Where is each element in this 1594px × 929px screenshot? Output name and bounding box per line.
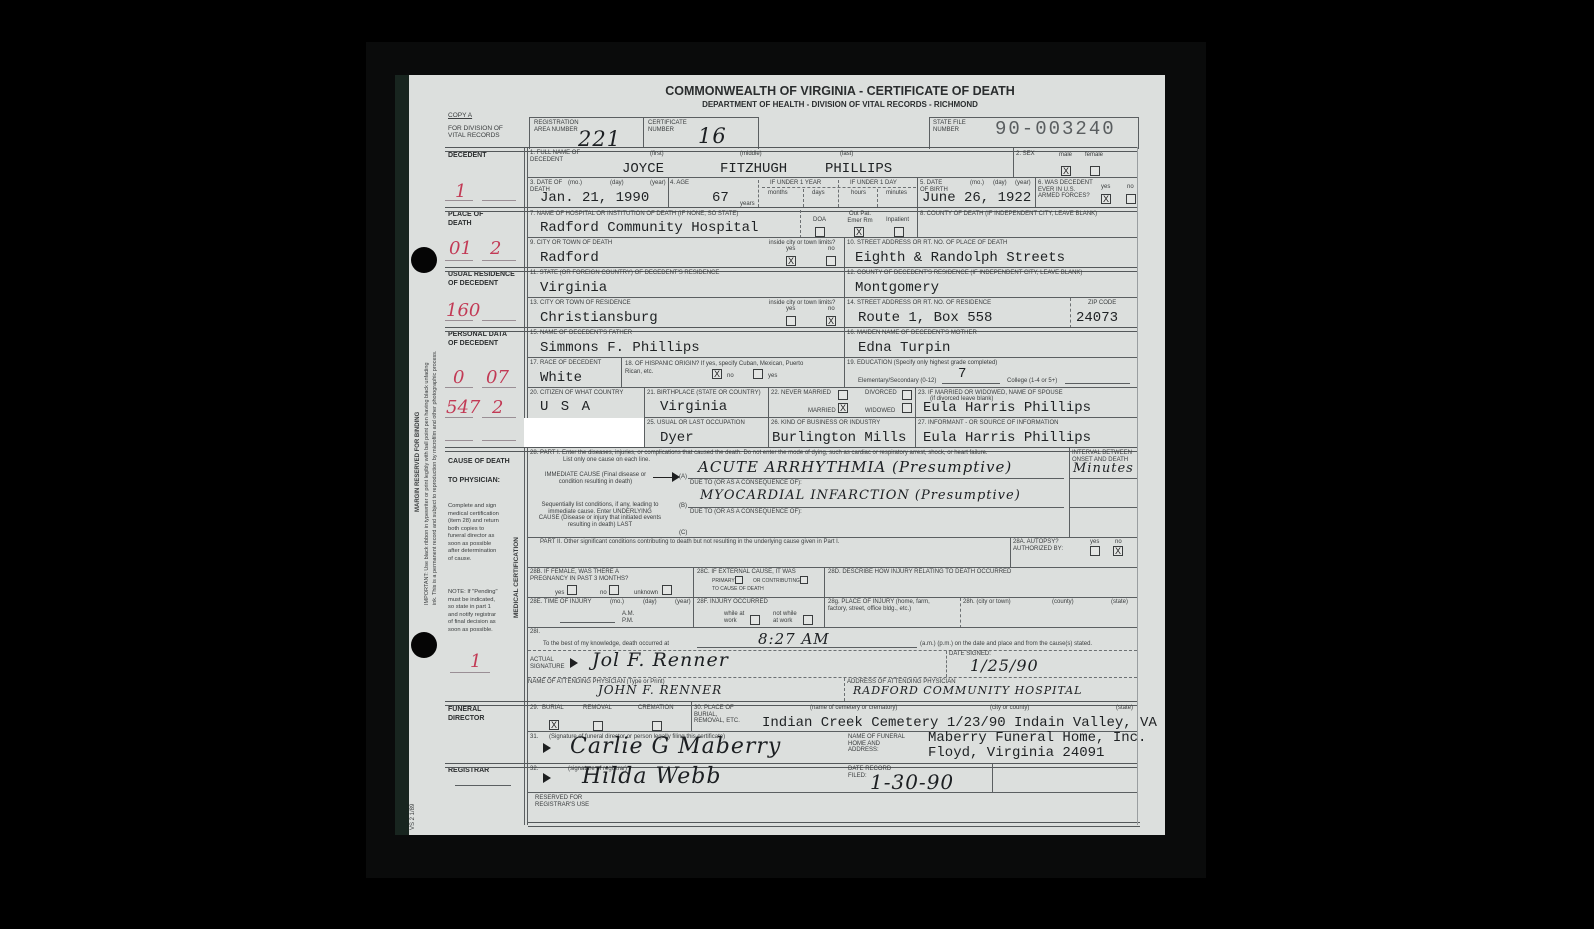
code-line	[445, 440, 473, 441]
cause-b-marker: (B)	[679, 503, 687, 510]
armed-yes-label: yes	[1101, 184, 1110, 191]
for-division-label: FOR DIVISION OF VITAL RECORDS	[448, 126, 518, 139]
hispanic-no-label: no	[727, 373, 734, 380]
pregnancy-no-checkbox[interactable]	[609, 585, 619, 595]
code-line	[482, 260, 516, 261]
res-inside-limits-yes-checkbox[interactable]	[786, 316, 796, 326]
part1-instructions: 28. PART I. Enter the diseases, injuries…	[530, 450, 1050, 457]
underline	[1065, 383, 1130, 384]
divider	[803, 189, 804, 207]
minutes-label: minutes	[886, 190, 907, 197]
doa-label: DOA	[813, 217, 826, 224]
divider	[1035, 178, 1036, 208]
code-personal-1b: 07	[486, 367, 509, 388]
am-label: A.M.	[622, 611, 634, 618]
married-label: MARRIED	[808, 408, 836, 415]
armed-no-label: no	[1127, 184, 1134, 191]
armed-forces-no-checkbox[interactable]	[1126, 194, 1136, 204]
street-residence-label: 14. STREET ADDRESS OR RT. NO. OF RESIDEN…	[847, 300, 991, 307]
divider	[877, 189, 878, 207]
rule	[528, 567, 1137, 568]
autopsy-no-label: no	[1115, 539, 1122, 546]
dashed-rule	[762, 187, 916, 188]
removal-checkbox[interactable]	[593, 721, 603, 731]
divider	[668, 178, 669, 208]
rule	[644, 417, 1137, 418]
divider	[758, 180, 759, 207]
city-of-death-label: 9. CITY OR TOWN OF DEATH	[530, 240, 612, 247]
street-of-death: Eighth & Randolph Streets	[855, 250, 1065, 266]
section-decedent: DECEDENT	[448, 151, 487, 160]
copy-label: COPY A	[448, 113, 472, 120]
elementary-label: Elementary/Secondary (0-12)	[858, 378, 936, 385]
middle-label: (middle)	[740, 151, 762, 158]
code-personal-2a: 547	[446, 397, 480, 418]
code-decedent: 1	[455, 181, 466, 202]
hospital-name: Radford Community Hospital	[540, 220, 758, 236]
part2-label: PART II. Other significant conditions co…	[540, 539, 840, 546]
physician-instructions: Complete and sign medical certification …	[448, 503, 500, 563]
dob-day-label: (day)	[993, 180, 1007, 187]
divider	[768, 388, 769, 448]
hours-label: hours	[851, 190, 866, 197]
punch-hole-top	[411, 247, 437, 273]
armed-forces-label: 6. WAS DECEDENT EVER IN U.S. ARMED FORCE…	[1038, 180, 1096, 200]
date-of-birth: June 26, 1922	[922, 190, 1031, 206]
redacted-area	[524, 418, 644, 448]
education-grade: 7	[958, 366, 966, 382]
sex-male-checkbox[interactable]: X	[1061, 166, 1071, 176]
divider	[1070, 298, 1071, 328]
divider	[844, 238, 845, 268]
autopsy-yes-label: yes	[1090, 539, 1099, 546]
to-physician-label: TO PHYSICIAN:	[448, 476, 508, 485]
time-line	[560, 622, 615, 623]
inside-limits-no-checkbox[interactable]	[826, 256, 836, 266]
immediate-cause-label: IMMEDIATE CAUSE (Final disease or condit…	[538, 472, 653, 485]
state-residence-label: 11. STATE (OR FOREIGN COUNTRY) OF DECEDE…	[530, 270, 719, 277]
age-value: 67	[712, 190, 729, 206]
inside-limits-label: inside city or town limits?	[769, 240, 835, 247]
divider	[844, 298, 845, 328]
code-line	[445, 320, 473, 321]
zip-code: 24073	[1076, 310, 1118, 326]
hispanic-no-checkbox[interactable]: X	[712, 369, 722, 379]
cremation-label: CREMATION	[638, 705, 674, 712]
certificate-subtitle: DEPARTMENT OF HEALTH - DIVISION OF VITAL…	[640, 100, 1040, 109]
sequential-label: Sequentially list conditions, if any, le…	[538, 502, 662, 528]
certificate-title: COMMONWEALTH OF VIRGINIA - CERTIFICATE O…	[640, 84, 1040, 98]
divider	[992, 764, 993, 792]
state-file-label: STATE FILE NUMBER	[933, 120, 983, 133]
pregnancy-label: 28b. IF FEMALE, WAS THERE A PREGNANCY IN…	[530, 569, 650, 582]
injury-day-label: (day)	[643, 599, 657, 606]
street-of-death-label: 10. STREET ADDRESS OR RT. NO. OF PLACE O…	[847, 240, 1007, 247]
middle-name: FITZHUGH	[720, 161, 787, 177]
primary-checkbox[interactable]	[735, 576, 743, 584]
outpatient-checkbox[interactable]: X	[854, 227, 864, 237]
first-label: (first)	[650, 151, 664, 158]
section-cause-of-death: CAUSE OF DEATH	[448, 457, 510, 466]
pm-label: P.M.	[622, 618, 634, 625]
code-line	[445, 387, 473, 388]
cause-a: ACUTE ARRHYTHMIA (Presumptive)	[698, 458, 1012, 476]
res-inside-limits-no-checkbox[interactable]: X	[826, 316, 836, 326]
injury-description-label: 28d. DESCRIBE HOW INJURY RELATING TO DEA…	[828, 569, 1011, 576]
funeral-director-signature[interactable]: Carlie G Maberry	[570, 734, 781, 759]
zip-label: ZIP CODE	[1088, 300, 1116, 307]
signature-arrow-icon	[543, 773, 551, 783]
widowed-label: WIDOWED	[865, 408, 895, 415]
yes-label: yes	[786, 306, 795, 313]
margin-instruction-1: IMPORTANT: Use black ribbon in typewrite…	[424, 362, 430, 605]
physician-signature[interactable]: Jol F. Renner	[592, 649, 729, 671]
divider	[946, 651, 947, 677]
pregnancy-yes-label: yes	[555, 590, 564, 597]
death-time-statement: To the best of my knowledge, death occur…	[543, 641, 669, 648]
dob-year-label: (year)	[1015, 180, 1031, 187]
part1-sublabel: List only one cause on each line.	[563, 457, 650, 464]
first-name: JOYCE	[622, 161, 664, 177]
removal-label: REMOVAL	[583, 705, 612, 712]
bottom-rule	[528, 822, 1140, 827]
industry-label: 26. KIND OF BUSINESS OR INDUSTRY	[771, 420, 880, 427]
sex-label: 2. SEX	[1016, 151, 1035, 158]
divider	[838, 180, 839, 207]
sex-female-label: female	[1085, 152, 1103, 159]
education-label: 19. EDUCATION (Specify only highest grad…	[847, 360, 997, 367]
state-file-number: 90-003240	[995, 118, 1116, 140]
sex-male-label: male	[1059, 152, 1072, 159]
margin-instruction-2: ink. This is a permanent record and subj…	[432, 350, 438, 605]
primary-label: PRIMARY	[712, 578, 735, 585]
code-line	[445, 260, 473, 261]
last-label: (last)	[840, 151, 853, 158]
right-rule	[1137, 147, 1138, 825]
physician-name: JOHN F. RENNER	[598, 683, 722, 697]
injury-state-label: (state)	[1111, 599, 1128, 606]
yes-label: yes	[786, 246, 795, 253]
to-cause-label: TO CAUSE OF DEATH	[712, 586, 764, 593]
interval-a: Minutes	[1073, 461, 1134, 476]
section-funeral-director: FUNERAL DIRECTOR	[448, 705, 508, 723]
divider	[824, 568, 825, 628]
date-of-death: Jan. 21, 1990	[540, 190, 649, 206]
divider	[844, 678, 845, 701]
rule	[528, 597, 1137, 598]
punch-hole-bottom	[411, 632, 437, 658]
divider	[915, 388, 916, 448]
no-label: no	[828, 246, 835, 253]
not-while-at-work-label: not while at work	[773, 611, 803, 624]
left-column-rule	[524, 148, 525, 825]
rule	[528, 297, 1137, 298]
cause-a-line	[688, 478, 1064, 479]
reserved-label: RESERVED FOR REGISTRAR'S USE	[535, 795, 605, 808]
burial-checkbox[interactable]: X	[549, 720, 559, 730]
rule	[528, 627, 1137, 628]
burial-label: BURIAL	[542, 705, 564, 712]
autopsy-label: 28a. AUTOPSY? AUTHORIZED BY:	[1013, 539, 1083, 552]
county-of-death-label: 8. COUNTY OF DEATH (if independent city,…	[920, 211, 1097, 218]
signature-arrow-icon	[543, 743, 551, 753]
pending-note: NOTE: If "Pending" must be indicated, so…	[448, 589, 500, 634]
signature-arrow-icon	[570, 658, 578, 668]
code-place-2: 2	[490, 238, 501, 259]
no-label: no	[828, 306, 835, 313]
rule	[528, 357, 1137, 358]
place-of-burial-label: 30. PLACE OF BURIAL, REMOVAL, ETC.	[694, 705, 749, 725]
outpatient-label: Out Pat. Emer Rm	[845, 211, 875, 224]
divider	[1013, 148, 1014, 178]
age-label: 4. AGE	[670, 180, 689, 187]
due-to-b: DUE TO (OR AS A CONSEQUENCE OF):	[690, 509, 802, 516]
mother-label: 16. MAIDEN NAME OF DECEDENT'S MOTHER	[847, 330, 977, 337]
college-label: College (1-4 or 5+)	[1007, 378, 1057, 385]
cause-a-marker: (A)	[679, 474, 687, 481]
burial-state-label: (state)	[1116, 705, 1133, 712]
divider	[621, 358, 622, 388]
informant: Eula Harris Phillips	[923, 430, 1091, 446]
funeral-home-label: NAME OF FUNERAL HOME AND ADDRESS:	[848, 734, 908, 754]
state-residence: Virginia	[540, 280, 607, 296]
time-of-death: 8:27 AM	[758, 630, 830, 648]
county-residence-label: 12. COUNTY OF DECEDENT'S RESIDENCE (if i…	[847, 270, 1082, 277]
armed-forces-yes-checkbox[interactable]: X	[1101, 194, 1111, 204]
code-personal-1a: 0	[453, 367, 464, 388]
divider	[844, 268, 845, 298]
rule	[528, 537, 1137, 538]
divider	[693, 568, 694, 628]
injury-year-label: (year)	[675, 599, 691, 606]
city-residence: Christiansburg	[540, 310, 658, 326]
item-31-label: 31.	[530, 734, 538, 741]
underline	[942, 383, 1000, 384]
due-to-a: DUE TO (OR AS A CONSEQUENCE OF):	[690, 480, 802, 487]
injury-city-label: 28h. (city or town)	[963, 599, 1011, 606]
divider	[691, 702, 692, 732]
autopsy-yes-checkbox[interactable]	[1090, 546, 1100, 556]
code-place-1: 01	[449, 238, 472, 259]
section-place-of-death: PLACE OF DEATH	[448, 210, 508, 228]
inside-limits-yes-checkbox[interactable]: X	[786, 256, 796, 266]
city-of-death: Radford	[540, 250, 599, 266]
informant-label: 27. INFORMANT - OR SOURCE OF INFORMATION	[918, 420, 1058, 427]
item-28i-label: 28i.	[530, 629, 540, 636]
actual-signature-label: ACTUAL SIGNATURE	[530, 657, 566, 670]
father-label: 15. NAME OF DECEDENT'S FATHER	[530, 330, 632, 337]
occupation: Dyer	[660, 430, 694, 446]
mother-name: Edna Turpin	[858, 340, 950, 356]
divider	[960, 598, 961, 628]
code-line	[482, 440, 516, 441]
cause-b: MYOCARDIAL INFARCTION (Presumptive)	[700, 488, 1021, 503]
injury-occurred-label: 28f. INJURY OCCURRED	[697, 599, 768, 606]
occupation-label: 25. USUAL OR LAST OCCUPATION	[647, 420, 745, 427]
binding-strip	[395, 75, 409, 835]
margin-binding-title: MARGIN RESERVED FOR BINDING	[415, 412, 421, 512]
pregnancy-unknown-checkbox[interactable]	[662, 585, 672, 595]
divider	[1010, 538, 1011, 568]
divider	[844, 328, 845, 358]
pregnancy-unknown-label: unknown	[634, 590, 658, 597]
city-county-label: (city or county)	[990, 705, 1029, 712]
code-line	[482, 320, 516, 321]
code-residence: 160	[446, 300, 480, 321]
father-name: Simmons F. Phillips	[540, 340, 700, 356]
birthplace-label: 21. BIRTHPLACE (state or country)	[647, 390, 761, 397]
divorced-label: DIVORCED	[865, 390, 897, 397]
code-personal-2b: 2	[492, 397, 503, 418]
code-line	[445, 417, 473, 418]
day-label: (day)	[610, 180, 624, 187]
year-label: (year)	[650, 180, 666, 187]
contributing-checkbox[interactable]	[800, 576, 808, 584]
hispanic-yes-label: yes	[768, 373, 777, 380]
widowed-checkbox[interactable]	[902, 403, 912, 413]
under-1-year-label: IF UNDER 1 YEAR	[770, 180, 821, 187]
hospital-label: 7. NAME OF HOSPITAL OR INSTITUTION OF DE…	[530, 211, 738, 218]
divorced-checkbox[interactable]	[902, 390, 912, 400]
never-married-checkbox[interactable]	[838, 390, 848, 400]
medical-certification-label: MEDICAL CERTIFICATION	[513, 537, 520, 618]
inpatient-checkbox[interactable]	[894, 227, 904, 237]
while-at-work-checkbox[interactable]	[750, 615, 760, 625]
dob-mo-label: (mo.)	[970, 180, 984, 187]
injury-county-label: (county)	[1052, 599, 1074, 606]
item-29-label: 29.	[530, 705, 538, 712]
industry: Burlington Mills	[772, 430, 906, 446]
spouse-name: Eula Harris Phillips	[923, 400, 1091, 416]
cause-c-marker: (C)	[679, 530, 687, 537]
physician-address: RADFORD COMMUNITY HOSPITAL	[853, 684, 1082, 697]
city-residence-label: 13. CITY OR TOWN OF RESIDENCE	[530, 300, 631, 307]
divider	[844, 358, 845, 388]
doa-checkbox[interactable]	[815, 227, 825, 237]
divider	[644, 388, 645, 448]
cause-b-line	[688, 507, 1064, 508]
external-cause-label: 28c. IF EXTERNAL CAUSE, IT WAS	[697, 569, 796, 576]
rule	[528, 237, 1137, 238]
days-label: days	[812, 190, 825, 197]
certificate-number: 16	[698, 124, 727, 148]
never-married-label: 22. NEVER MARRIED	[771, 390, 831, 397]
funeral-home-name: Maberry Funeral Home, Inc.	[928, 730, 1146, 746]
county-residence: Montgomery	[855, 280, 939, 296]
registrar-signature[interactable]: Hilda Webb	[582, 764, 721, 789]
rule	[445, 763, 1137, 768]
autopsy-no-checkbox[interactable]: X	[1113, 546, 1123, 556]
last-name: PHILLIPS	[825, 161, 892, 177]
rule	[528, 792, 1137, 793]
contributing-label: or CONTRIBUTING	[753, 578, 800, 585]
field1-label: 1. FULL NAME OF DECEDENT	[530, 150, 590, 163]
married-checkbox[interactable]: X	[838, 403, 848, 413]
time-of-injury-label: 28e. TIME OF INJURY	[530, 599, 591, 606]
section-personal-data: PERSONAL DATA OF DECEDENT	[448, 330, 508, 348]
place-of-injury-label: 28g. PLACE OF INJURY (home, farm, factor…	[828, 599, 943, 612]
inpatient-label: Inpatient	[886, 217, 909, 224]
race-label: 17. RACE OF DECEDENT	[530, 360, 601, 367]
pregnancy-yes-checkbox[interactable]	[567, 585, 577, 595]
section-usual-residence: USUAL RESIDENCE OF DECEDENT	[448, 270, 518, 288]
item-32-label: 32.	[530, 766, 538, 773]
code-line	[482, 417, 516, 418]
interval-rule	[1069, 507, 1137, 508]
code-line	[445, 200, 473, 201]
form-code: VS 2 1/89	[410, 804, 416, 830]
divider	[917, 208, 918, 238]
arrow-line	[653, 477, 673, 478]
cemetery-label: (name of cemetery or crematory)	[810, 705, 897, 712]
injury-mo-label: (mo.)	[610, 599, 624, 606]
date-signed: 1/25/90	[970, 656, 1039, 675]
sex-female-checkbox[interactable]	[1090, 166, 1100, 176]
while-at-work-label: while at work	[724, 611, 748, 624]
burial-place: Indian Creek Cemetery 1/23/90 Indain Val…	[762, 715, 1157, 731]
code-physician: 1	[470, 651, 481, 672]
code-line	[482, 387, 516, 388]
street-residence: Route 1, Box 558	[858, 310, 992, 326]
funeral-home-address: Floyd, Virginia 24091	[928, 745, 1104, 761]
hispanic-yes-checkbox[interactable]	[753, 369, 763, 379]
under-1-day-label: IF UNDER 1 DAY	[850, 180, 897, 187]
months-label: months	[768, 190, 788, 197]
date-filed: 1-30-90	[870, 770, 954, 794]
dashed-rule	[528, 677, 1137, 678]
left-column-rule-2	[527, 148, 528, 825]
rule	[528, 177, 1137, 178]
pregnancy-no-label: no	[600, 590, 607, 597]
divider	[643, 117, 644, 148]
registrar-code-line	[455, 785, 511, 786]
code-line	[450, 672, 490, 673]
inside-limits-label-2: inside city or town limits?	[769, 300, 835, 307]
rule	[528, 387, 1137, 388]
divider	[917, 178, 918, 208]
race-value: White	[540, 370, 582, 386]
mo-label: (mo.)	[568, 180, 582, 187]
divider	[1069, 448, 1070, 538]
divider	[800, 210, 801, 238]
code-line	[482, 200, 516, 201]
citizen-country: U S A	[540, 399, 592, 415]
death-time-statement-end: (a.m.) (p.m.) on the date and place and …	[920, 641, 1092, 648]
not-while-at-work-checkbox[interactable]	[803, 615, 813, 625]
citizen-label: 20. CITIZEN OF WHAT COUNTRY	[530, 390, 623, 397]
interval-rule	[1069, 478, 1137, 479]
birthplace: Virginia	[660, 399, 727, 415]
cremation-checkbox[interactable]	[652, 721, 662, 731]
